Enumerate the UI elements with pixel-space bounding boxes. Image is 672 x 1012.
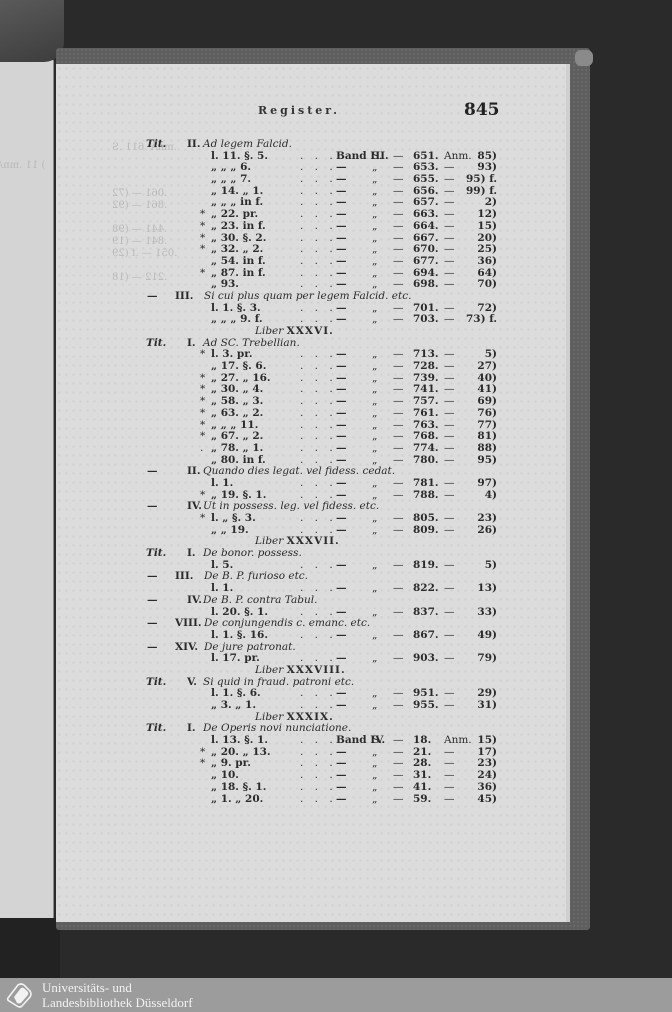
lex-reference: „ „ „ 7. [211,174,251,186]
anm-column: — [444,653,455,665]
anm-column: — [444,221,455,233]
separator: — [393,607,404,619]
note-number: 26) [477,525,497,537]
band-column: — [336,513,347,525]
s-column: „ [372,560,377,572]
separator: — [393,735,404,747]
s-column: „ [372,408,377,420]
title-number: II. [187,139,200,151]
separator: — [393,560,404,572]
title-prefix: Tit. [146,338,166,350]
leader-dots: . . . [300,256,337,268]
note-number: 27) [477,361,497,373]
star-marker: * [200,349,205,361]
separator: — [393,443,404,455]
separator: — [393,525,404,537]
liber-word: Liber [255,325,283,337]
anm-column: — [444,525,455,537]
title-prefix: — [147,571,158,583]
reference-row: l. 1.. . .—„—822.—13) [0,583,672,595]
band-column: — [336,794,347,806]
reference-row: „ 3. „ 1.. . .—„—955.—31) [0,700,672,712]
page-reference: 664. [413,221,439,233]
scanned-book-spread: ) 11 .mnA .mnA .611 .S .061 — (72 .861 —… [0,0,672,978]
anm-column: — [444,700,455,712]
anm-column: — [444,607,455,619]
anm-column: — [444,560,455,572]
library-name: Universitäts- und Landesbibliothek Düsse… [42,980,193,1010]
title-prefix: Tit. [146,723,166,735]
band-column: — [336,443,347,455]
anm-column: — [444,782,455,794]
band-column: — [336,314,347,326]
title-number: I. [187,338,196,350]
liber-word: Liber [255,535,283,547]
title-number: V. [187,677,197,689]
lex-reference: l. 17. pr. [211,653,260,665]
separator: — [393,490,404,502]
s-column: „ [372,443,377,455]
note-number: 70) [477,279,497,291]
leader-dots: . . . [300,782,337,794]
page-reference: 867. [413,630,439,642]
running-head: Register. [258,104,340,117]
title-prefix: Tit. [146,548,166,560]
liber-heading: Liber XXXVII. [0,536,672,548]
star-marker: * [200,221,205,233]
liber-word: Liber [255,711,283,723]
page-reference: 780. [413,455,439,467]
leader-dots: . . . [300,408,337,420]
note-number: 97) [477,478,497,490]
s-column: „ [372,513,377,525]
lex-reference: „ „ 19. [211,525,249,537]
title-row: Tit.I.De bonor. possess. [0,548,672,560]
page-reference: 59. [413,794,431,806]
liber-number: XXXVI. [287,325,334,337]
separator: — [393,700,404,712]
reference-row: l. 13. §. 1.. . .Band IV.S.—18.Anm.15) [0,735,672,747]
page-reference: 761. [413,408,439,420]
title-text: Ad legem Falcid. [203,139,292,151]
reference-row: l. 1.. . .—„—781.—97) [0,478,672,490]
left-cover-corner [0,0,64,62]
reference-row: „ 18. §. 1.. . .—„—41.—36) [0,782,672,794]
leader-dots: . . . [300,221,337,233]
star-marker: * [200,408,205,420]
title-prefix: Tit. [146,139,166,151]
lex-reference: „ 54. in f. [211,256,266,268]
band-column: — [336,256,347,268]
anm-column: — [444,583,455,595]
anm-column: — [444,408,455,420]
note-number: 45) [477,794,497,806]
note-number: 95) [477,455,497,467]
s-column: „ [372,782,377,794]
page-reference: 677. [413,256,439,268]
separator: — [393,408,404,420]
liber-label: Liber XXXVI. [255,326,334,338]
s-column: S. [372,735,382,747]
page-number: 845 [464,100,500,120]
anm-column: — [444,279,455,291]
lex-reference: „ 63. „ 2. [211,408,263,420]
s-column: „ [372,361,377,373]
separator: — [393,794,404,806]
anm-column: — [444,490,455,502]
note-number: 36) [477,782,497,794]
leader-dots: . . . [300,630,337,642]
page-reference: 41. [413,782,431,794]
anm-column: — [444,794,455,806]
anm-column: — [444,630,455,642]
star-marker: * [200,758,205,770]
cover-corner-wear [575,50,593,66]
note-number: 33) [477,607,497,619]
liber-label: Liber XXXVIII. [255,665,346,677]
band-column: — [336,700,347,712]
page-reference: 781. [413,478,439,490]
lex-reference: „ 18. §. 1. [211,782,266,794]
reference-row: „ 17. §. 6.. . .—„—728.—27) [0,361,672,373]
separator: — [393,653,404,665]
band-column: — [336,560,347,572]
star-marker: * [200,244,205,256]
title-text: De B. P. contra Tabul. [203,595,317,607]
note-number: 73) f. [466,314,497,326]
library-footer: Universitäts- und Landesbibliothek Düsse… [0,978,672,1012]
liber-number: XXXIX. [287,711,334,723]
star-marker: . [200,443,203,455]
title-prefix: Tit. [146,677,166,689]
reference-row: .„ 78. „ 1.. . .—„—774.—88) [0,443,672,455]
page-reference: 703. [413,314,439,326]
title-text: De bonor. possess. [203,548,302,560]
anm-column: — [444,361,455,373]
leader-dots: . . . [300,443,337,455]
star-marker: * [200,268,205,280]
anm-column: — [444,455,455,467]
reference-row: l. 5.. . .—„—819.—5) [0,560,672,572]
page-reference: 903. [413,653,439,665]
reference-row: „ 1. „ 20.. . .—„—59.—45) [0,794,672,806]
anm-column: — [444,443,455,455]
band-column: — [336,782,347,794]
page-reference: 955. [413,700,439,712]
s-column: „ [372,630,377,642]
note-number: 23) [477,513,497,525]
page-reference: 809. [413,525,439,537]
note-number: 31) [477,700,497,712]
s-column: „ [372,174,377,186]
title-prefix: — [147,595,158,607]
separator: — [393,583,404,595]
s-column: „ [372,583,377,595]
note-number: 79) [477,653,497,665]
note-number: 76) [477,408,497,420]
page-reference: 822. [413,583,439,595]
note-number: 95) f. [466,174,497,186]
reference-row: l. 1. §. 16.. . .—„—867.—49) [0,630,672,642]
band-column: — [336,174,347,186]
title-prefix: — [147,642,158,654]
separator: — [393,478,404,490]
band-column: — [336,478,347,490]
note-number: 13) [477,583,497,595]
separator: — [393,174,404,186]
title-row: —IV.De B. P. contra Tabul. [0,595,672,607]
page-reference: 837. [413,607,439,619]
title-prefix: — [147,501,158,513]
note-number: 49) [477,630,497,642]
leader-dots: . . . [300,794,337,806]
reference-row: *„ 23. in f.. . .—„—664.—15) [0,221,672,233]
title-number: II. [187,466,200,478]
lex-reference: „ 23. in f. [211,221,266,233]
page-reference: 655. [413,174,439,186]
title-number: XIV. [175,642,198,654]
anm-column: — [444,314,455,326]
s-column: „ [372,314,377,326]
title-row: —III.Si cui plus quam per legem Falcid. … [0,291,672,303]
title-row: Tit.II.Ad legem Falcid. [0,139,672,151]
lex-reference: l. 13. §. 1. [211,735,268,747]
band-column: — [336,361,347,373]
reference-row: *l. „ §. 3.. . .—„—805.—23) [0,513,672,525]
note-number: 15) [477,735,497,747]
reference-row: „ „ „ 7.. . .—„—655.—95) f. [0,174,672,186]
s-column: „ [372,525,377,537]
reference-row: „ „ „ 9. f.. . .—„—703.—73) f. [0,314,672,326]
title-number: I. [187,548,196,560]
book-logo-icon [5,982,33,1008]
band-column: — [336,630,347,642]
star-marker: * [200,513,205,525]
separator: — [393,314,404,326]
lex-reference: l. 1. §. 16. [211,630,268,642]
s-column: „ [372,256,377,268]
title-number: I. [187,723,196,735]
anm-column: Anm. [444,735,472,747]
band-column: — [336,408,347,420]
title-number: III. [175,291,193,303]
liber-number: XXXVII. [287,535,340,547]
page-reference: 805. [413,513,439,525]
note-number: 5) [485,560,497,572]
note-number: 4) [485,490,497,502]
left-cover-bottom [0,918,60,978]
note-number: 36) [477,256,497,268]
lex-reference: „ 17. §. 6. [211,361,266,373]
note-number: 88) [477,443,497,455]
title-number: VIII. [175,618,202,630]
page-reference: 774. [413,443,439,455]
title-number: III. [175,571,193,583]
s-column: „ [372,653,377,665]
s-column: „ [372,700,377,712]
library-name-line2: Landesbibliothek Düsseldorf [42,995,193,1010]
lex-reference: „ 78. „ 1. [211,443,263,455]
anm-column: — [444,174,455,186]
reference-row: „ 54. in f.. . .—„—677.—36) [0,256,672,268]
s-column: „ [372,794,377,806]
reference-row: *„ 63. „ 2.. . .—„—761.—76) [0,408,672,420]
lex-reference: „ 3. „ 1. [211,700,256,712]
page-reference: 698. [413,279,439,291]
anm-column: — [444,513,455,525]
anm-column: — [444,256,455,268]
band-column: — [336,221,347,233]
s-column: „ [372,478,377,490]
liber-heading: Liber XXXVI. [0,326,672,338]
liber-word: Liber [255,664,283,676]
leader-dots: . . . [300,174,337,186]
s-column: „ [372,607,377,619]
lex-reference: l. 1. [211,478,233,490]
page-reference: 18. [413,735,431,747]
separator: — [393,630,404,642]
separator: — [393,361,404,373]
separator: — [393,782,404,794]
lex-reference: l. „ §. 3. [211,513,256,525]
title-prefix: — [147,466,158,478]
s-column: „ [372,221,377,233]
leader-dots: . . . [300,361,337,373]
separator: — [393,256,404,268]
page-reference: 728. [413,361,439,373]
anm-column: — [444,478,455,490]
band-column: — [336,583,347,595]
page-reference: 788. [413,490,439,502]
note-number: 15) [477,221,497,233]
lex-reference: „ 1. „ 20. [211,794,263,806]
title-text: Si cui plus quam per legem Falcid. etc. [204,291,411,303]
leader-dots: . . . [300,513,337,525]
leader-dots: . . . [300,735,337,747]
title-prefix: — [147,291,158,303]
register-entries: Tit.II.Ad legem Falcid.l. 11. §. 5.. . .… [0,139,672,805]
title-number: IV. [187,595,202,607]
separator: — [393,513,404,525]
liber-heading: Liber XXXVIII. [0,665,672,677]
leader-dots: . . . [300,478,337,490]
liber-number: XXXVIII. [287,664,346,676]
library-name-line1: Universitäts- und [42,980,193,995]
page-reference: 819. [413,560,439,572]
title-prefix: — [147,618,158,630]
separator: — [393,221,404,233]
